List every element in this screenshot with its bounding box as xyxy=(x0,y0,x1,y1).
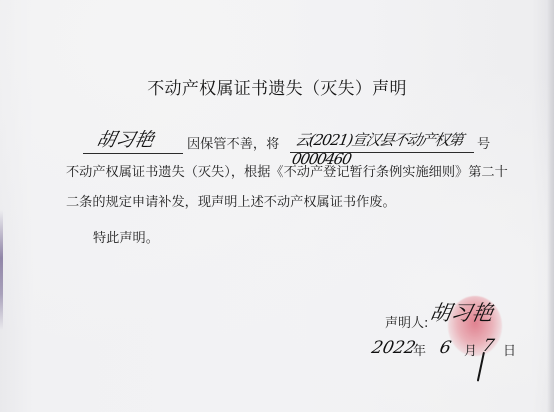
filled-name-field: 胡习艳 xyxy=(83,125,183,154)
day-label: 日 xyxy=(503,340,516,359)
handwritten-name: 胡习艳 xyxy=(94,125,157,152)
handwritten-signature: 胡习艳 xyxy=(427,297,495,327)
filled-certificate-number-field: 云(2021)宣汉县不动产权第0000460 xyxy=(290,124,474,153)
handwritten-year: 2022 xyxy=(370,338,418,358)
declarant-label: 声明人: xyxy=(385,312,428,331)
paragraph-line-3: 二条的规定申请补发，现声明上述不动产权属证书作废。 xyxy=(66,191,396,210)
year-label: 年 xyxy=(413,340,426,359)
month-label: 月 xyxy=(464,340,477,359)
paragraph-line-2: 不动产权属证书遗失（灭失），根据《不动产登记暂行条例实施细则》第二十 xyxy=(66,161,508,180)
closing-statement: 特此声明。 xyxy=(93,227,159,246)
document-title: 不动产权属证书遗失（灭失）声明 xyxy=(0,74,554,99)
text-after-number: 号 xyxy=(477,133,490,152)
text-after-name: 因保管不善，将 xyxy=(187,133,279,152)
page-edge-shadow-left xyxy=(0,210,3,330)
page-edge-shadow-right xyxy=(547,0,554,412)
